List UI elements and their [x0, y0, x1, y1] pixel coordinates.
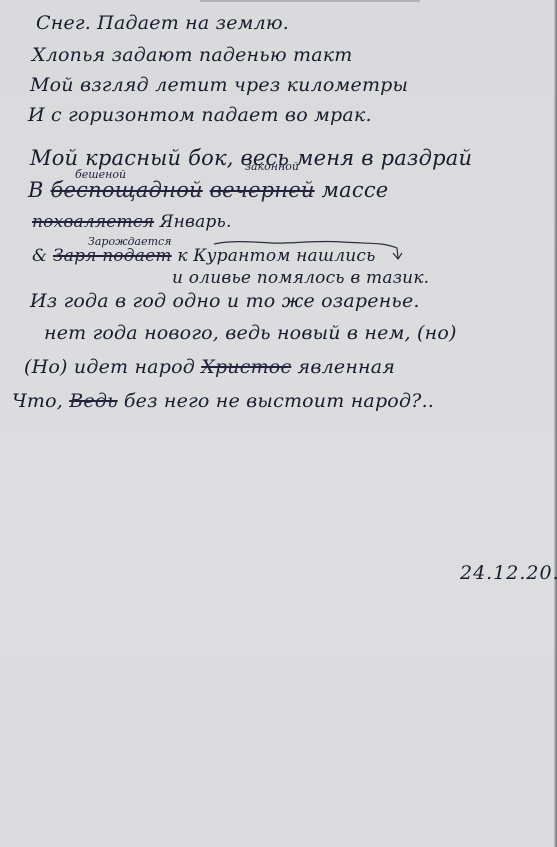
- line-12-suffix: явленная: [298, 356, 396, 378]
- struck-word: Заря подает: [53, 246, 172, 266]
- poem-line-11: нет года нового, ведь новый в нем, (но): [44, 322, 457, 344]
- poem-line-6: В беспощадной вечерней массе: [28, 178, 388, 202]
- struck-word: беспощадной: [51, 178, 203, 202]
- line-6-suffix: массе: [322, 178, 389, 202]
- poem-line-13: Что, Ведь без него не выстоит народ?..: [12, 390, 434, 412]
- poem-line-3: Мой взгляд летит чрез километры: [30, 74, 408, 96]
- poem-line-8: & Заря подает к Курантом нашлись: [32, 246, 376, 266]
- struck-word: Христос: [201, 356, 291, 378]
- line-8-prefix: &: [32, 246, 47, 266]
- line-8-text: к Курантом нашлись: [177, 246, 375, 266]
- line-12-text: идет народ: [74, 356, 195, 378]
- poem-line-9: и оливье помялось в тазик.: [172, 268, 429, 288]
- line-7-text: Январь.: [160, 212, 232, 232]
- scan-edge-top: [200, 0, 420, 2]
- insertion-above: бешеной: [75, 168, 126, 181]
- poem-line-10: Из года в год одно и то же озаренье.: [30, 290, 420, 312]
- poem-line-1: Снег. Падает на землю.: [36, 12, 289, 34]
- struck-word: Ведь: [69, 390, 117, 412]
- line-13-text: без него не выстоит народ?..: [124, 390, 434, 412]
- poem-line-2: Хлопья задают паденью такт: [32, 44, 353, 66]
- insertion-above: Зарождается: [88, 235, 172, 248]
- poem-line-4: И с горизонтом падает во мрак.: [28, 104, 372, 126]
- poem-line-12: (Но) идет народ Христос явленная: [24, 356, 395, 378]
- poem-line-7: похваляется Январь.: [32, 212, 232, 232]
- struck-word: вечерней: [210, 178, 315, 202]
- struck-word: похваляется: [32, 212, 154, 232]
- paper-page: [0, 0, 557, 847]
- line-6-prefix: В: [28, 178, 44, 202]
- handwritten-date: 24.12.20.: [460, 562, 557, 584]
- insertion-above: законной: [245, 160, 299, 173]
- line-13-prefix: Что,: [12, 390, 63, 412]
- line-12-prefix: (Но): [24, 356, 68, 378]
